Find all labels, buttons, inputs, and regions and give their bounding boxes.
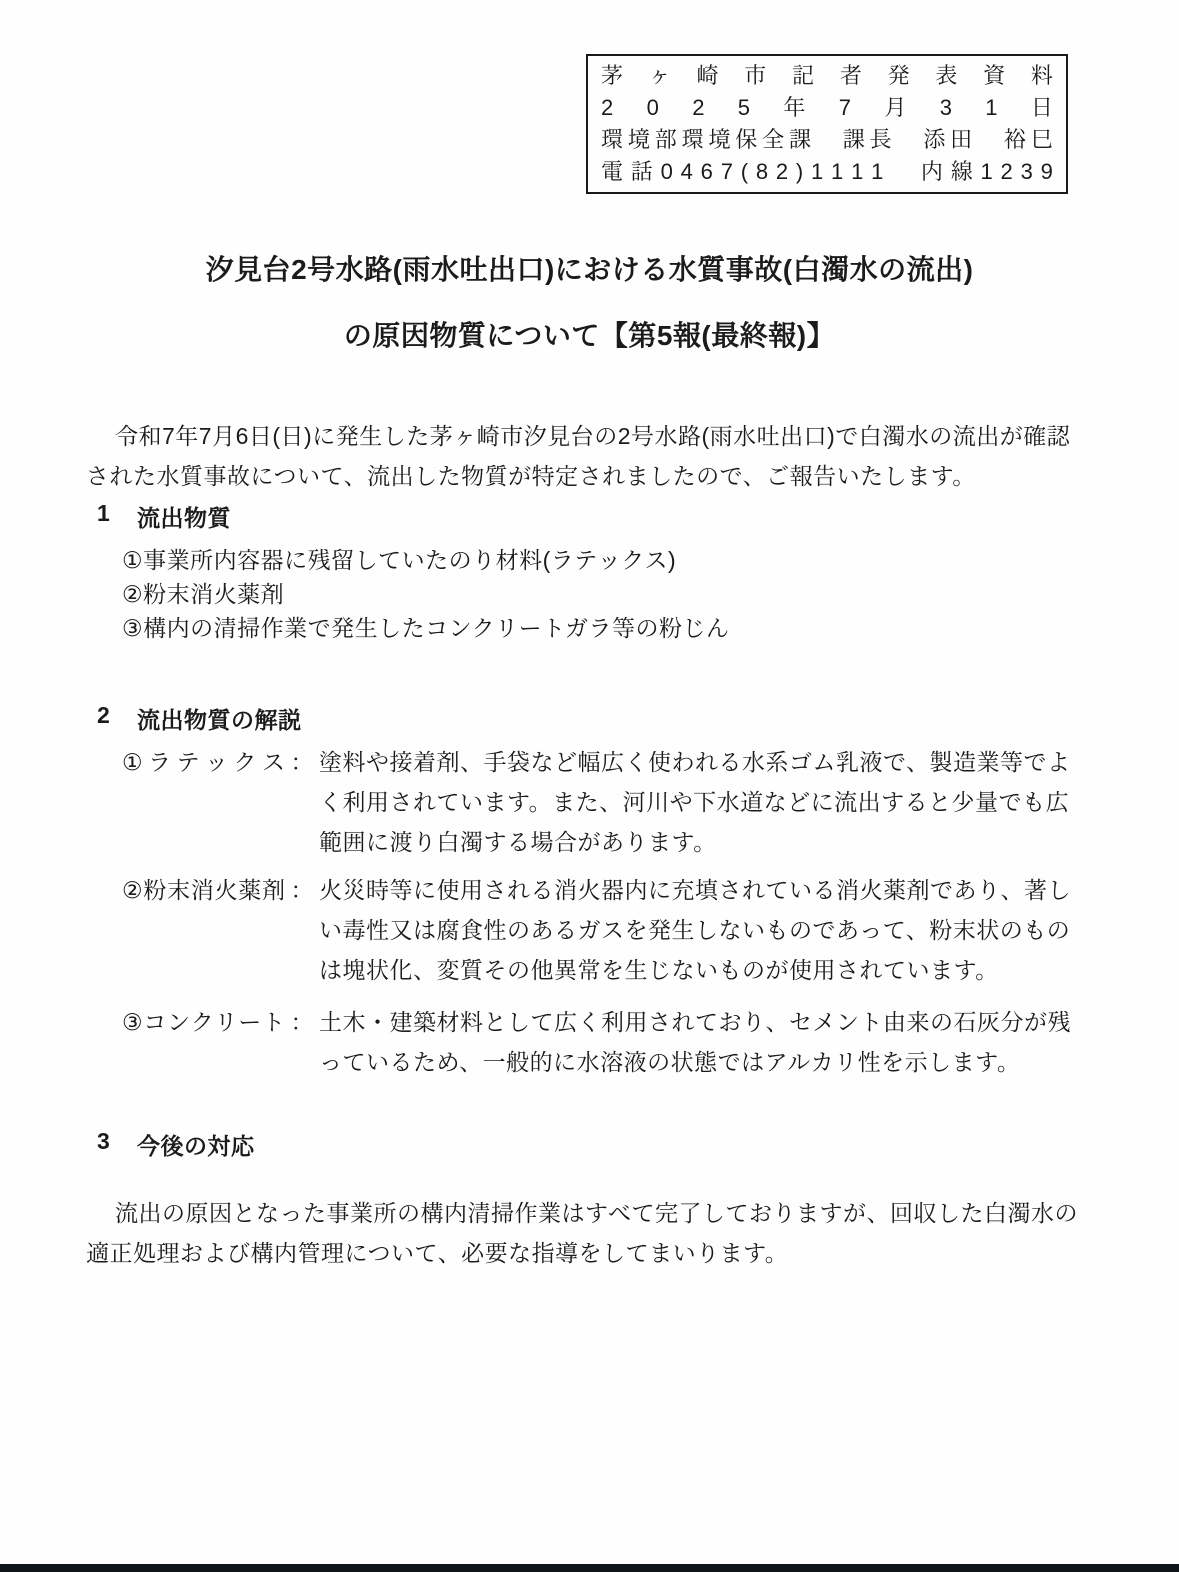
section-2-heading: 2 流出物質の解説	[97, 702, 302, 735]
press-release-page: 茅ヶ崎市記者発表資料 2025年7月31日 環境部環境保全課 課長 添田 裕巳 …	[0, 0, 1179, 1572]
definition-extinguisher-powder-text: 火災時等に使用される消火器内に充填されている消火薬剤であり、著しい毒性又は腐食性…	[319, 870, 1090, 990]
section-3-title: 今後の対応	[137, 1128, 255, 1161]
substance-list: ①事業所内容器に残留していたのり材料(ラテックス) ②粉末消火薬剤 ③構内の清掃…	[122, 543, 729, 645]
definition-concrete: ③コンクリート ： 土木・建築材料として広く利用されており、セメント由来の石灰分…	[122, 1002, 1090, 1082]
header-contact-line: 環境部環境保全課 課長 添田 裕巳	[601, 128, 1053, 152]
section-1-heading: 1 流出物質	[97, 500, 231, 533]
section-2-title: 流出物質の解説	[137, 702, 302, 735]
header-phone-line: 電話0467(82)1111 内線1239	[601, 160, 1053, 184]
definition-concrete-text: 土木・建築材料として広く利用されており、セメント由来の石灰分が残っているため、一…	[319, 1002, 1090, 1082]
header-info-box: 茅ヶ崎市記者発表資料 2025年7月31日 環境部環境保全課 課長 添田 裕巳 …	[586, 54, 1068, 194]
substance-item-1: ①事業所内容器に残留していたのり材料(ラテックス)	[122, 543, 729, 577]
substance-item-2: ②粉末消火薬剤	[122, 577, 729, 611]
section-3-heading: 3 今後の対応	[97, 1128, 255, 1161]
header-date-line: 2025年7月31日	[601, 96, 1053, 120]
bottom-edge-bar	[0, 1564, 1179, 1572]
definition-extinguisher-powder-label: ②粉末消火薬剤	[122, 870, 285, 910]
closing-paragraph: 流出の原因となった事業所の構内清掃作業はすべて完了しておりますが、回収した白濁水…	[86, 1193, 1090, 1273]
definition-concrete-label: ③コンクリート	[122, 1002, 285, 1042]
document-title-line1: 汐見台2号水路(雨水吐出口)における水質事故(白濁水の流出)	[0, 248, 1179, 288]
substance-item-3: ③構内の清掃作業で発生したコンクリートガラ等の粉じん	[122, 611, 729, 645]
document-title-line2: の原因物質について【第5報(最終報)】	[0, 314, 1179, 354]
definition-latex: ①ラテックス ： 塗料や接着剤、手袋など幅広く使われる水系ゴム乳液で、製造業等で…	[122, 742, 1090, 862]
definition-latex-text: 塗料や接着剤、手袋など幅広く使われる水系ゴム乳液で、製造業等でよく利用されていま…	[319, 742, 1090, 862]
header-org-line: 茅ヶ崎市記者発表資料	[601, 64, 1053, 88]
section-2-number: 2	[97, 702, 137, 735]
document-title: 汐見台2号水路(雨水吐出口)における水質事故(白濁水の流出) の原因物質について…	[0, 248, 1179, 380]
definition-latex-label: ①ラテックス	[122, 742, 285, 782]
definition-concrete-colon: ：	[285, 1002, 319, 1042]
definition-latex-colon: ：	[285, 742, 319, 782]
definition-extinguisher-powder-colon: ：	[285, 870, 319, 910]
definition-extinguisher-powder: ②粉末消火薬剤 ： 火災時等に使用される消火器内に充填されている消火薬剤であり、…	[122, 870, 1090, 990]
section-3-number: 3	[97, 1128, 137, 1161]
section-1-title: 流出物質	[137, 500, 231, 533]
section-1-number: 1	[97, 500, 137, 533]
intro-paragraph: 令和7年7月6日(日)に発生した茅ヶ崎市汐見台の2号水路(雨水吐出口)で白濁水の…	[86, 416, 1090, 496]
